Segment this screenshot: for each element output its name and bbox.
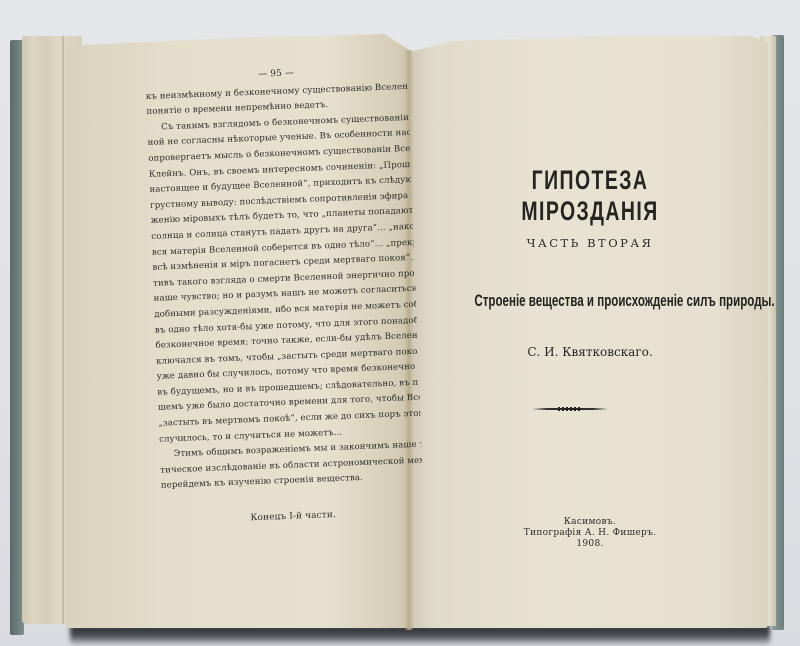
imprint-printer: Типографія А. Н. Фишеръ. (420, 528, 760, 539)
author-name: С. И. Квятковскаго. (420, 345, 760, 359)
book-shadow (70, 625, 770, 646)
left-page-text: — 95 — къ неизмѣнному и безконечному сущ… (145, 62, 424, 530)
imprint: Касимовъ. Типографія А. Н. Фишеръ. 1908. (420, 517, 760, 550)
section-heading: Строеніе вещества и происхожденіе силъ п… (474, 291, 705, 311)
part-label: ЧАСТЬ ВТОРАЯ (420, 236, 760, 250)
imprint-city: Касимовъ. (420, 517, 760, 528)
book-title: ГИПОТЕЗА МІРОЗДАНІЯ (468, 165, 713, 227)
ornamental-divider (532, 408, 608, 410)
imprint-year: 1908. (420, 539, 760, 550)
